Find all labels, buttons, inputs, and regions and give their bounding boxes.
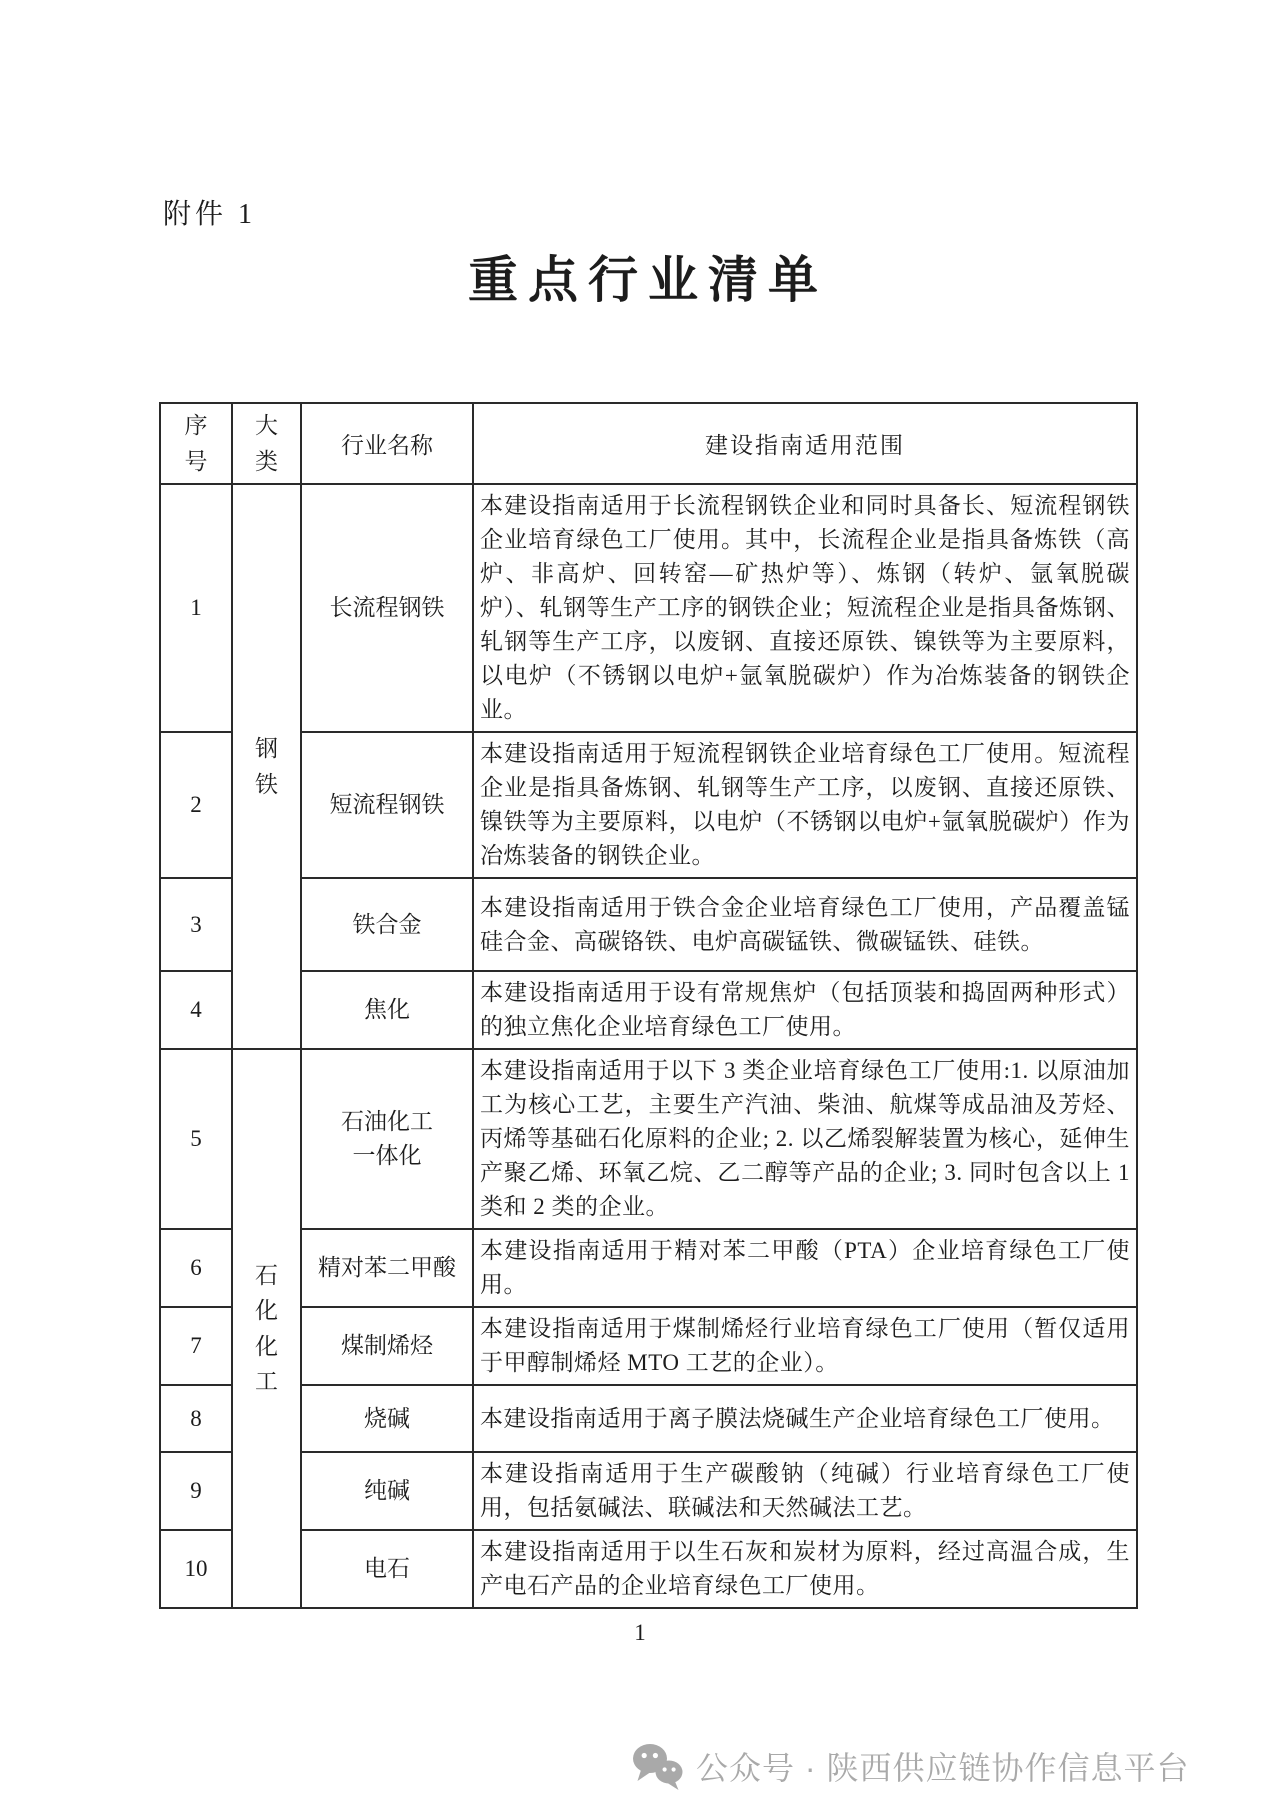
scope-text: 本建设指南适用于生产碳酸钠（纯碱）行业培育绿色工厂使用，包括氨碱法、联碱法和天然… bbox=[473, 1452, 1137, 1530]
row-no: 9 bbox=[160, 1452, 232, 1530]
page-title: 重点行业清单 bbox=[160, 240, 1136, 312]
scope-text: 本建设指南适用于煤制烯烃行业培育绿色工厂使用（暂仅适用于甲醇制烯烃 MTO 工艺… bbox=[473, 1307, 1137, 1385]
scope-text: 本建设指南适用于铁合金企业培育绿色工厂使用，产品覆盖锰硅合金、高碳铬铁、电炉高碳… bbox=[473, 878, 1137, 971]
industry-name: 纯碱 bbox=[301, 1452, 473, 1530]
row-no: 4 bbox=[160, 971, 232, 1049]
table-row: 3 铁合金 本建设指南适用于铁合金企业培育绿色工厂使用，产品覆盖锰硅合金、高碳铬… bbox=[160, 878, 1137, 971]
table-row: 9 纯碱 本建设指南适用于生产碳酸钠（纯碱）行业培育绿色工厂使用，包括氨碱法、联… bbox=[160, 1452, 1137, 1530]
row-no: 3 bbox=[160, 878, 232, 971]
row-no: 5 bbox=[160, 1049, 232, 1229]
footer-watermark: 公众号 · 陕西供应链协作信息平台 bbox=[632, 1742, 1189, 1790]
category-cell-steel: 钢铁 bbox=[232, 484, 301, 1049]
category-cell-petrochemical: 石化化工 bbox=[232, 1049, 301, 1608]
row-no: 2 bbox=[160, 732, 232, 878]
industry-name: 焦化 bbox=[301, 971, 473, 1049]
row-no: 10 bbox=[160, 1530, 232, 1608]
watermark-text: 公众号 · 陕西供应链协作信息平台 bbox=[696, 1743, 1189, 1789]
table-row: 2 短流程钢铁 本建设指南适用于短流程钢铁企业培育绿色工厂使用。短流程企业是指具… bbox=[160, 732, 1137, 878]
industry-name: 精对苯二甲酸 bbox=[301, 1229, 473, 1307]
scope-text: 本建设指南适用于以生石灰和炭材为原料，经过高温合成，生产电石产品的企业培育绿色工… bbox=[473, 1530, 1137, 1608]
industry-name: 短流程钢铁 bbox=[301, 732, 473, 878]
scope-text: 本建设指南适用于短流程钢铁企业培育绿色工厂使用。短流程企业是指具备炼钢、轧钢等生… bbox=[473, 732, 1137, 878]
row-no: 6 bbox=[160, 1229, 232, 1307]
header-category: 大类 bbox=[232, 403, 301, 484]
table-row: 6 精对苯二甲酸 本建设指南适用于精对苯二甲酸（PTA）企业培育绿色工厂使用。 bbox=[160, 1229, 1137, 1307]
scope-text: 本建设指南适用于精对苯二甲酸（PTA）企业培育绿色工厂使用。 bbox=[473, 1229, 1137, 1307]
table-row: 4 焦化 本建设指南适用于设有常规焦炉（包括顶装和捣固两种形式）的独立焦化企业培… bbox=[160, 971, 1137, 1049]
row-no: 8 bbox=[160, 1385, 232, 1452]
scope-text: 本建设指南适用于离子膜法烧碱生产企业培育绿色工厂使用。 bbox=[473, 1385, 1137, 1452]
table-row: 5 石化化工 石油化工 一体化 本建设指南适用于以下 3 类企业培育绿色工厂使用… bbox=[160, 1049, 1137, 1229]
industry-name: 石油化工 一体化 bbox=[301, 1049, 473, 1229]
scope-text: 本建设指南适用于长流程钢铁企业和同时具备长、短流程钢铁企业培育绿色工厂使用。其中… bbox=[473, 484, 1137, 732]
header-industry: 行业名称 bbox=[301, 403, 473, 484]
industry-name: 铁合金 bbox=[301, 878, 473, 971]
page-number: 1 bbox=[0, 1620, 1280, 1646]
industry-table: 序号 大类 行业名称 建设指南适用范围 1 钢铁 长流程钢铁 本建设指南适用于长… bbox=[159, 402, 1138, 1609]
wechat-chat-bubbles-icon bbox=[632, 1742, 684, 1790]
table-row: 8 烧碱 本建设指南适用于离子膜法烧碱生产企业培育绿色工厂使用。 bbox=[160, 1385, 1137, 1452]
header-scope: 建设指南适用范围 bbox=[473, 403, 1137, 484]
header-no: 序号 bbox=[160, 403, 232, 484]
scope-text: 本建设指南适用于以下 3 类企业培育绿色工厂使用:1. 以原油加工为核心工艺，主… bbox=[473, 1049, 1137, 1229]
scope-text: 本建设指南适用于设有常规焦炉（包括顶装和捣固两种形式）的独立焦化企业培育绿色工厂… bbox=[473, 971, 1137, 1049]
industry-name: 电石 bbox=[301, 1530, 473, 1608]
industry-name: 长流程钢铁 bbox=[301, 484, 473, 732]
industry-name: 煤制烯烃 bbox=[301, 1307, 473, 1385]
row-no: 1 bbox=[160, 484, 232, 732]
table-header-row: 序号 大类 行业名称 建设指南适用范围 bbox=[160, 403, 1137, 484]
table-row: 10 电石 本建设指南适用于以生石灰和炭材为原料，经过高温合成，生产电石产品的企… bbox=[160, 1530, 1137, 1608]
table-row: 7 煤制烯烃 本建设指南适用于煤制烯烃行业培育绿色工厂使用（暂仅适用于甲醇制烯烃… bbox=[160, 1307, 1137, 1385]
industry-name: 烧碱 bbox=[301, 1385, 473, 1452]
row-no: 7 bbox=[160, 1307, 232, 1385]
table-row: 1 钢铁 长流程钢铁 本建设指南适用于长流程钢铁企业和同时具备长、短流程钢铁企业… bbox=[160, 484, 1137, 732]
attachment-label: 附件 1 bbox=[163, 192, 256, 232]
